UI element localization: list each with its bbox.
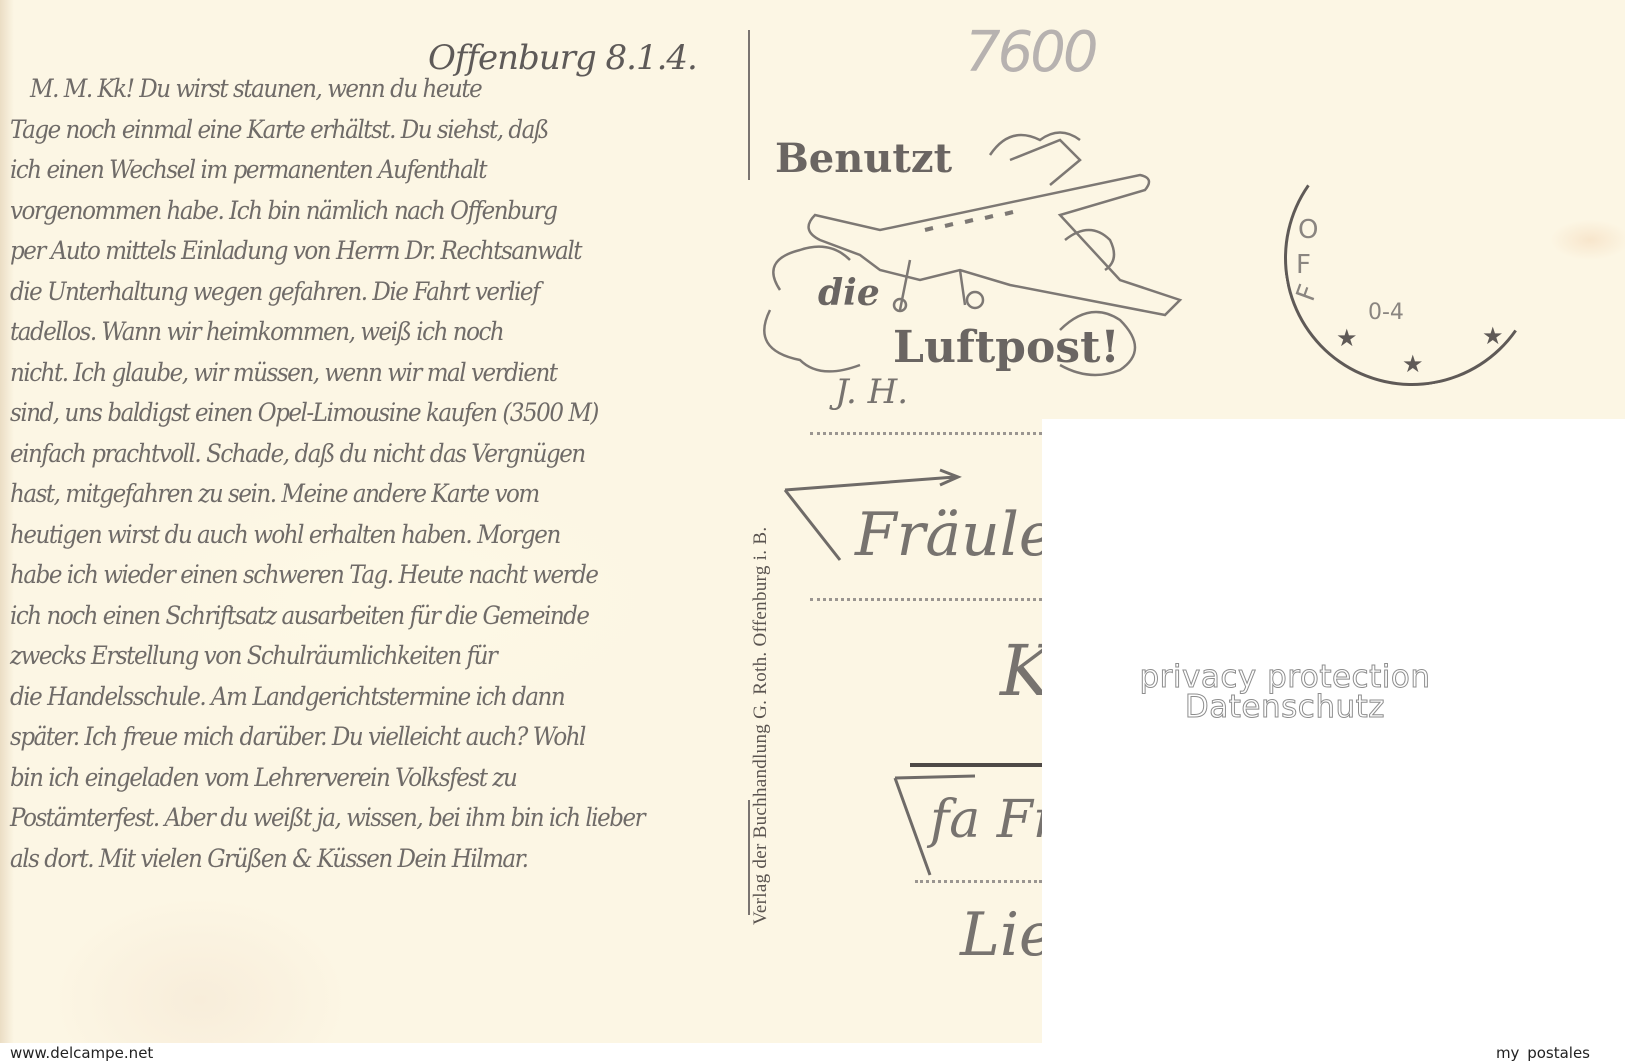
slogan-line1: Benutzt <box>775 135 952 182</box>
message-line: per Auto mittels Einladung von Herrn Dr.… <box>10 236 581 265</box>
publisher-imprint: Verlag der Buchhandlung G. Roth. Offenbu… <box>750 527 772 925</box>
privacy-protection-overlay: privacy protection Datenschutz <box>1120 662 1450 722</box>
message-line: ich einen Wechsel im permanenten Aufenth… <box>10 155 486 184</box>
address-initials: J. H. <box>835 372 908 412</box>
message-line: bin ich eingeladen vom Lehrerverein Volk… <box>10 763 516 792</box>
slogan-line2: die <box>818 272 880 314</box>
address-solid-line <box>910 763 1042 767</box>
postmark-letter: F <box>1296 250 1311 280</box>
message-line: zwecks Erstellung von Schulräumlichkeite… <box>10 641 496 670</box>
message-line: vorgenommen habe. Ich bin nämlich nach O… <box>10 196 556 225</box>
message-line: ich noch einen Schriftsatz ausarbeiten f… <box>10 601 589 630</box>
address-dotted-line <box>915 880 1042 883</box>
message-line: Tage noch einmal eine Karte erhältst. Du… <box>10 115 548 144</box>
star-icon: ★ <box>1402 350 1424 378</box>
address-dotted-line <box>810 432 1042 435</box>
slogan-line3: Luftpost! <box>893 322 1120 373</box>
postmark-letter: O <box>1298 215 1318 245</box>
message-line: später. Ich freue mich darüber. Du viell… <box>10 722 585 751</box>
address-dotted-line <box>810 598 1042 601</box>
message-line: habe ich wieder einen schweren Tag. Heut… <box>10 560 598 589</box>
address-line2: K <box>1000 630 1052 712</box>
postmark-date: 0-4 <box>1368 300 1404 325</box>
postcard: Offenburg 8.1.4. 7600 M. M. Kk! Du wirst… <box>0 0 1625 1043</box>
date-heading: Offenburg 8.1.4. <box>428 38 697 78</box>
message-line: die Handelsschule. Am Landgerichtstermin… <box>10 682 564 711</box>
address-line3: fa Fr <box>930 790 1058 850</box>
message-line: die Unterhaltung wegen gefahren. Die Fah… <box>10 277 539 306</box>
message-line: Postämterfest. Aber du weißt ja, wissen,… <box>10 803 644 832</box>
message-line: sind, uns baldigst einen Opel-Limousine … <box>10 398 598 427</box>
address-line4: Lie <box>960 900 1055 970</box>
footer-brand[interactable]: my postales <box>1496 1044 1590 1062</box>
message-line: nicht. Ich glaube, wir müssen, wenn wir … <box>10 358 557 387</box>
privacy-line2: Datenschutz <box>1120 692 1450 722</box>
message-line: tadellos. Wann wir heimkommen, weiß ich … <box>10 317 503 346</box>
center-divider-top <box>748 30 750 180</box>
star-icon: ★ <box>1482 322 1504 350</box>
privacy-line1: privacy protection <box>1120 662 1450 692</box>
pencil-note: 7600 <box>965 20 1096 85</box>
message-line: einfach prachtvoll. Schade, daß du nicht… <box>10 439 585 468</box>
star-icon: ★ <box>1336 324 1358 352</box>
message-line: hast, mitgefahren zu sein. Meine andere … <box>10 479 539 508</box>
address-line1: Fräulein <box>855 500 1112 570</box>
message-line: M. M. Kk! Du wirst staunen, wenn du heut… <box>30 74 481 103</box>
message-line: heutigen wirst du auch wohl erhalten hab… <box>10 520 560 549</box>
footer-site-link[interactable]: www.delcampe.net <box>10 1044 153 1062</box>
message-line: als dort. Mit vielen Grüßen & Küssen Dei… <box>10 844 528 873</box>
